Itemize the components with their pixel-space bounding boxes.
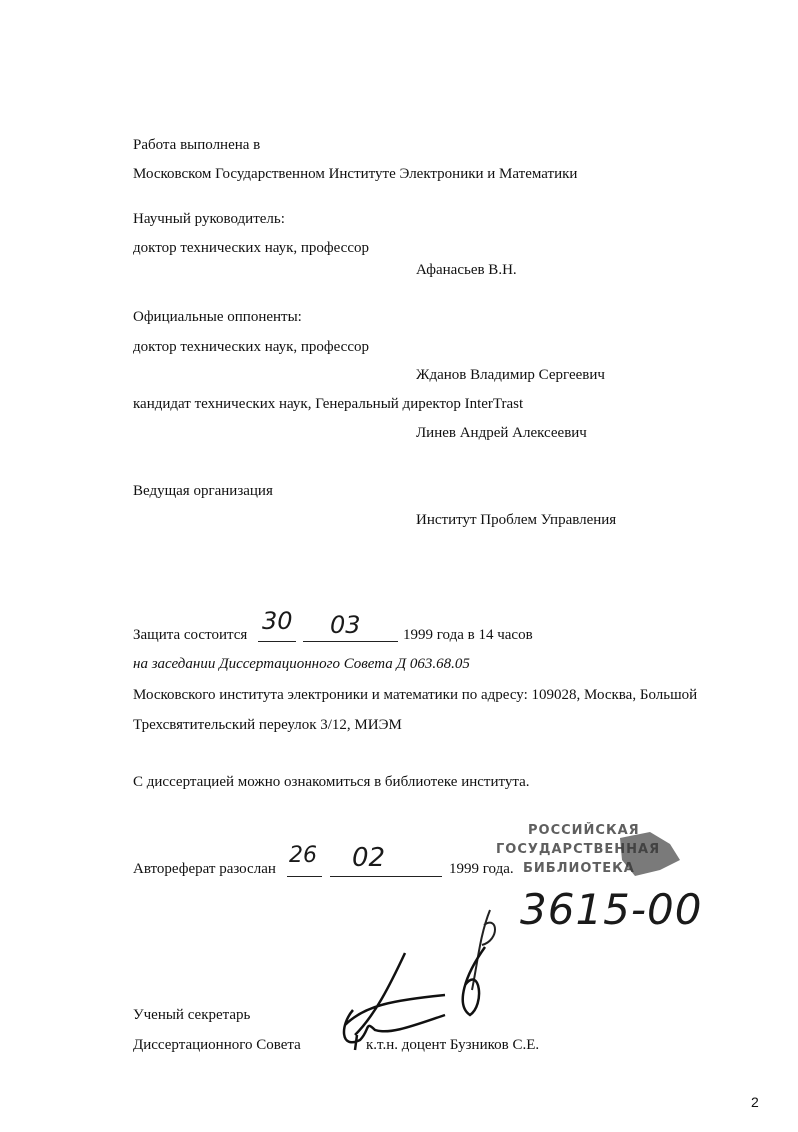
defense-council: на заседании Диссертационного Совета Д 0… [133, 655, 470, 673]
leading-org-name: Институт Проблем Управления [416, 511, 616, 529]
mailing-month-handwritten: 02 [352, 843, 385, 873]
opponent-1-title: доктор технических наук, профессор [133, 338, 369, 356]
defense-address: Московского института электроники и мате… [133, 686, 697, 704]
defense-month-handwritten: 03 [330, 611, 361, 639]
opponent-2-title: кандидат технических наук, Генеральный д… [133, 395, 523, 413]
defense-suffix: 1999 года в 14 часов [403, 626, 533, 644]
defense-day-handwritten: 30 [262, 607, 293, 635]
mailing-prefix: Автореферат разослан [133, 860, 276, 878]
institution-name: Московском Государственном Институте Эле… [133, 165, 577, 183]
secretary-title: Ученый секретарь [133, 1006, 250, 1024]
leading-org-label: Ведущая организация [133, 482, 273, 500]
defense-month-underline [303, 641, 398, 642]
secretary-council: Диссертационного Совета [133, 1036, 301, 1054]
work-done-label: Работа выполнена в [133, 136, 260, 154]
stamp-ink-blot [600, 830, 690, 880]
mailing-day-underline [287, 876, 322, 877]
supervisor-label: Научный руководитель: [133, 210, 285, 228]
page-number: 2 [751, 1094, 759, 1110]
handwritten-code: 3615-00 [520, 885, 703, 934]
opponent-2-name: Линев Андрей Алексеевич [416, 424, 587, 442]
defense-address-cont: Трехсвятительский переулок 3/12, МИЭМ [133, 716, 402, 734]
library-note: С диссертацией можно ознакомиться в библ… [133, 773, 530, 791]
defense-day-underline [258, 641, 296, 642]
defense-prefix: Защита состоится [133, 626, 247, 644]
supervisor-title: доктор технических наук, профессор [133, 239, 369, 257]
mailing-day-handwritten: 26 [289, 843, 317, 868]
secretary-name: к.т.н. доцент Бузников С.Е. [366, 1036, 539, 1054]
opponent-1-name: Жданов Владимир Сергеевич [416, 366, 605, 384]
opponents-label: Официальные оппоненты: [133, 308, 302, 326]
mailing-suffix: 1999 года. [449, 860, 514, 878]
mailing-month-underline [330, 876, 442, 877]
supervisor-name: Афанасьев В.Н. [416, 261, 517, 279]
